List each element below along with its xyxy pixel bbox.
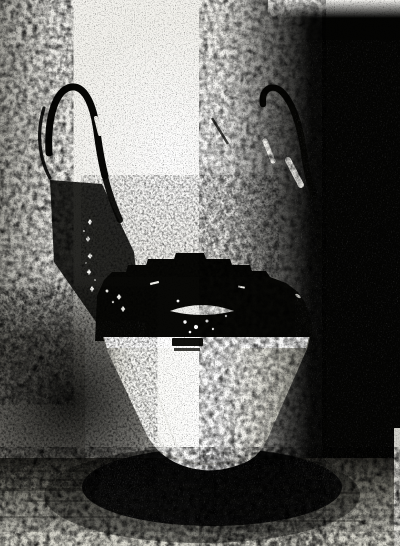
film-grain bbox=[0, 0, 400, 546]
photo-stage: metal crucible apparatus with wire loop … bbox=[0, 0, 400, 546]
photograph-crucible-apparatus: metal crucible apparatus with wire loop … bbox=[0, 0, 400, 546]
photo-canvas bbox=[0, 0, 400, 546]
